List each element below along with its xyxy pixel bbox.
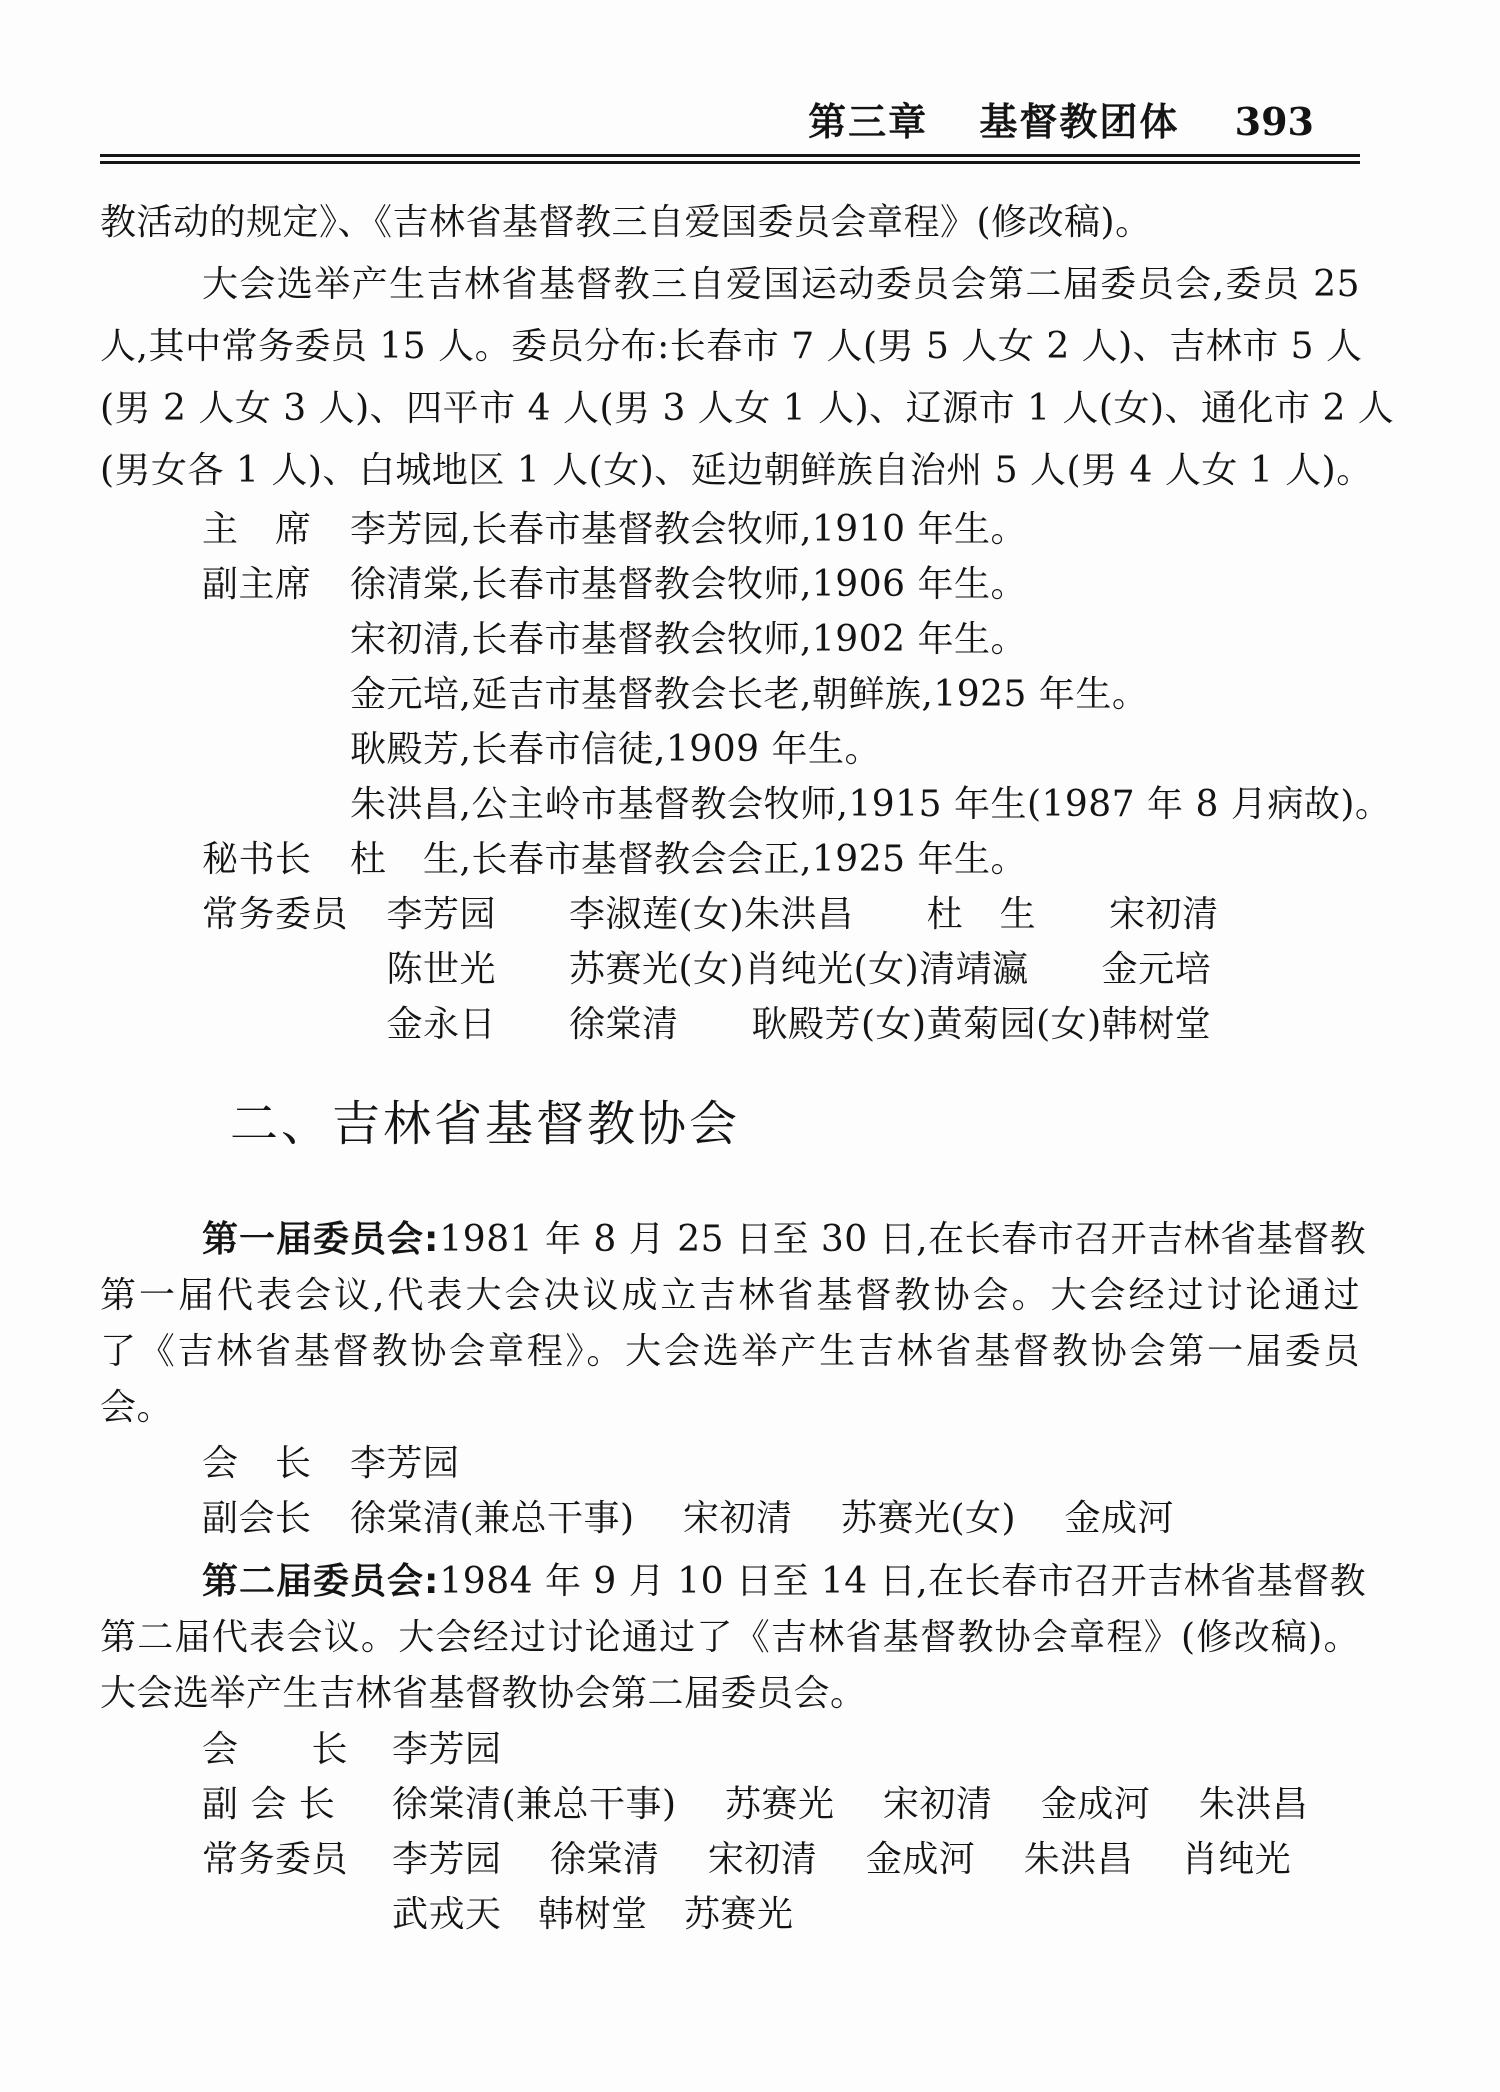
- paragraph-line: 第二届委员会:1984 年 9 月 10 日至 14 日,在长春市召开吉林省基督…: [100, 1554, 1360, 1610]
- role-label: [202, 722, 350, 777]
- role-label: [202, 667, 350, 722]
- committee-lead: 第一届委员会:: [202, 1219, 439, 1260]
- role-row: 副 会 长 徐棠清(兼总干事) 苏赛光 宋初清 金成河 朱洪昌: [100, 1777, 1360, 1832]
- role-names: 徐棠清(兼总干事) 苏赛光 宋初清 金成河 朱洪昌: [392, 1777, 1308, 1832]
- role-label: 会 长: [202, 1722, 392, 1777]
- role-label: 副主席: [202, 557, 350, 612]
- role-label: 会 长: [202, 1436, 350, 1491]
- paragraph-line: 第一届代表会议,代表大会决议成立吉林省基督教协会。大会经过讨论通过: [100, 1268, 1360, 1324]
- role-row: 会 长 李芳园: [100, 1436, 1360, 1491]
- page-content: 第三章 基督教团体 393 教活动的规定》、《吉林省基督教三自爱国委员会章程》(…: [100, 100, 1360, 1942]
- section-heading: 二、吉林省基督教协会: [230, 1096, 1360, 1152]
- role-names: 徐棠清(兼总干事) 宋初清 苏赛光(女) 金成河: [350, 1491, 1174, 1546]
- paragraph-line: (男女各 1 人)、白城地区 1 人(女)、延边朝鲜族自治州 5 人(男 4 人…: [100, 440, 1360, 502]
- paragraph-line: 人,其中常务委员 15 人。委员分布:长春市 7 人(男 5 人女 2 人)、吉…: [100, 316, 1360, 378]
- paragraph-line: (男 2 人女 3 人)、四平市 4 人(男 3 人女 1 人)、辽源市 1 人…: [100, 378, 1360, 440]
- second-committee-roles: 会 长 李芳园 副 会 长 徐棠清(兼总干事) 苏赛光 宋初清 金成河 朱洪昌 …: [100, 1722, 1360, 1942]
- role-detail: 耿殿芳,长春市信徒,1909 年生。: [350, 722, 881, 777]
- tsa-paragraphs: 教活动的规定》、《吉林省基督教三自爱国委员会章程》(修改稿)。 大会选举产生吉林…: [100, 192, 1360, 502]
- role-row: 副主席 徐清棠,长春市基督教会牧师,1906 年生。: [100, 557, 1360, 612]
- role-detail: 朱洪昌,公主岭市基督教会牧师,1915 年生(1987 年 8 月病故)。: [350, 777, 1391, 832]
- role-names: 武戎天 韩树堂 苏赛光: [392, 1887, 794, 1942]
- role-row: 会 长 李芳园: [100, 1722, 1360, 1777]
- role-label: 副 会 长: [202, 1777, 392, 1832]
- committee-lead: 第二届委员会:: [202, 1561, 439, 1602]
- role-label: [202, 612, 350, 667]
- role-detail: 李芳园,长春市基督教会牧师,1910 年生。: [350, 502, 1027, 557]
- role-row: 武戎天 韩树堂 苏赛光: [100, 1887, 1360, 1942]
- role-label: 常务委员: [202, 1832, 392, 1887]
- chapter-label: 第三章: [808, 99, 928, 144]
- role-row: 金元培,延吉市基督教会长老,朝鲜族,1925 年生。: [100, 667, 1360, 722]
- role-row: 朱洪昌,公主岭市基督教会牧师,1915 年生(1987 年 8 月病故)。: [100, 777, 1360, 832]
- role-row: 常务委员 李芳园 徐棠清 宋初清 金成河 朱洪昌 肖纯光: [100, 1832, 1360, 1887]
- role-detail: 徐清棠,长春市基督教会牧师,1906 年生。: [350, 557, 1027, 612]
- second-committee-paragraphs: 第二届委员会:1984 年 9 月 10 日至 14 日,在长春市召开吉林省基督…: [100, 1554, 1360, 1722]
- role-detail: 金元培,延吉市基督教会长老,朝鲜族,1925 年生。: [350, 667, 1148, 722]
- role-label: 秘书长: [202, 832, 350, 887]
- role-names: 李芳园 李淑莲(女)朱洪昌 杜 生 宋初清: [350, 887, 1219, 942]
- role-label: 主 席: [202, 502, 350, 557]
- role-row: 金永日 徐棠清 耿殿芳(女)黄菊园(女)韩树堂: [100, 997, 1360, 1052]
- paragraph-text: 1981 年 8 月 25 日至 30 日,在长春市召开吉林省基督教: [439, 1219, 1366, 1260]
- paragraph-line: 第二届代表会议。大会经过讨论通过了《吉林省基督教协会章程》(修改稿)。: [100, 1610, 1360, 1666]
- paragraph-line: 教活动的规定》、《吉林省基督教三自爱国委员会章程》(修改稿)。: [100, 192, 1360, 254]
- paragraph-line: 会。: [100, 1380, 1360, 1436]
- running-header: 第三章 基督教团体 393: [100, 100, 1360, 144]
- role-names: 李芳园 徐棠清 宋初清 金成河 朱洪昌 肖纯光: [392, 1832, 1291, 1887]
- role-row: 耿殿芳,长春市信徒,1909 年生。: [100, 722, 1360, 777]
- paragraph-text: 1984 年 9 月 10 日至 14 日,在长春市召开吉林省基督教: [439, 1561, 1366, 1602]
- paragraph-line: 第一届委员会:1981 年 8 月 25 日至 30 日,在长春市召开吉林省基督…: [100, 1212, 1360, 1268]
- role-label: 副会长: [202, 1491, 350, 1546]
- role-row: 秘书长 杜 生,长春市基督教会会正,1925 年生。: [100, 832, 1360, 887]
- role-names: 李芳园: [350, 1436, 460, 1491]
- role-detail: 宋初清,长春市基督教会牧师,1902 年生。: [350, 612, 1027, 667]
- role-label: [202, 777, 350, 832]
- role-row: 副会长 徐棠清(兼总干事) 宋初清 苏赛光(女) 金成河: [100, 1491, 1360, 1546]
- paragraph-line: 大会选举产生吉林省基督教协会第二届委员会。: [100, 1666, 1360, 1722]
- tsa-roles: 主 席 李芳园,长春市基督教会牧师,1910 年生。 副主席 徐清棠,长春市基督…: [100, 502, 1360, 1052]
- role-label: [202, 1887, 392, 1942]
- paragraph-line: 大会选举产生吉林省基督教三自爱国运动委员会第二届委员会,委员 25: [100, 254, 1360, 316]
- role-label: [202, 942, 350, 997]
- role-names: 金永日 徐棠清 耿殿芳(女)黄菊园(女)韩树堂: [350, 997, 1211, 1052]
- book-page: 第三章 基督教团体 393 教活动的规定》、《吉林省基督教三自爱国委员会章程》(…: [0, 0, 1500, 2092]
- role-row: 主 席 李芳园,长春市基督教会牧师,1910 年生。: [100, 502, 1360, 557]
- role-names: 李芳园: [392, 1722, 502, 1777]
- role-row: 宋初清,长春市基督教会牧师,1902 年生。: [100, 612, 1360, 667]
- running-title: 基督教团体: [979, 99, 1179, 144]
- role-names: 陈世光 苏赛光(女)肖纯光(女)清靖瀛 金元培: [350, 942, 1211, 997]
- role-row: 常务委员 李芳园 李淑莲(女)朱洪昌 杜 生 宋初清: [100, 887, 1360, 942]
- paragraph-line: 了《吉林省基督教协会章程》。大会选举产生吉林省基督教协会第一届委员: [100, 1324, 1360, 1380]
- role-label: 常务委员: [202, 887, 350, 942]
- role-row: 陈世光 苏赛光(女)肖纯光(女)清靖瀛 金元培: [100, 942, 1360, 997]
- header-rule: [100, 154, 1360, 164]
- role-label: [202, 997, 350, 1052]
- page-number: 393: [1235, 99, 1314, 144]
- first-committee-roles: 会 长 李芳园 副会长 徐棠清(兼总干事) 宋初清 苏赛光(女) 金成河: [100, 1436, 1360, 1546]
- first-committee-paragraphs: 第一届委员会:1981 年 8 月 25 日至 30 日,在长春市召开吉林省基督…: [100, 1212, 1360, 1436]
- role-detail: 杜 生,长春市基督教会会正,1925 年生。: [350, 832, 1027, 887]
